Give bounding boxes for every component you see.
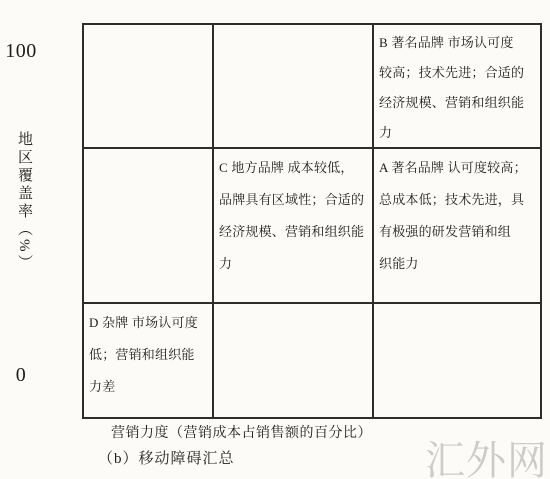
- cell-mid-center-text: C 地方品牌 成本较低， 品牌具有区域性；合适的 经济规模、营销和组织能 力: [219, 152, 370, 280]
- cell-top-right-text: B 著名品牌 市场认可度 较高；技术先进；合适的 经济规模、营销和组织能 力: [379, 28, 538, 148]
- cell-bottom-left-brand-d: D 杂牌 市场认可度 低；营销和组织能 力差: [84, 304, 214, 417]
- cell-top-right-brand-b: B 著名品牌 市场认可度 较高；技术先进；合适的 经济规模、营销和组织能 力: [374, 25, 540, 149]
- cell-mid-left: [84, 149, 214, 304]
- cell-mid-center-brand-c: C 地方品牌 成本较低， 品牌具有区域性；合适的 经济规模、营销和组织能 力: [214, 149, 374, 304]
- cell-top-left: [84, 25, 214, 149]
- y-axis-label: 地区覆盖率（%）: [14, 131, 35, 273]
- cell-mid-right-brand-a: A 著名品牌 认可度较高； 总成本低；技术先进，具 有极强的研发营销和组 织能力: [374, 149, 540, 304]
- matrix-grid: B 著名品牌 市场认可度 较高；技术先进；合适的 经济规模、营销和组织能 力 C…: [82, 23, 542, 419]
- figure-canvas: 100 地区覆盖率（%） 0 B 著名品牌 市场认可度 较高；技术先进；合适的 …: [0, 0, 550, 479]
- cell-bottom-left-text: D 杂牌 市场认可度 低；营销和组织能 力差: [89, 307, 210, 403]
- cell-top-center: [214, 25, 374, 149]
- y-axis-tick-100: 100: [0, 40, 42, 63]
- cell-mid-right-text: A 著名品牌 认可度较高； 总成本低；技术先进，具 有极强的研发营销和组 织能力: [379, 152, 538, 280]
- watermark-text: 汇外网: [425, 441, 548, 479]
- cell-bottom-right: [374, 304, 540, 417]
- y-axis-tick-0: 0: [0, 364, 42, 387]
- x-axis-label: 营销力度（营销成本占销售额的百分比）: [111, 422, 372, 442]
- figure-caption: （b）移动障碍汇总: [98, 447, 235, 468]
- cell-bottom-center: [214, 304, 374, 417]
